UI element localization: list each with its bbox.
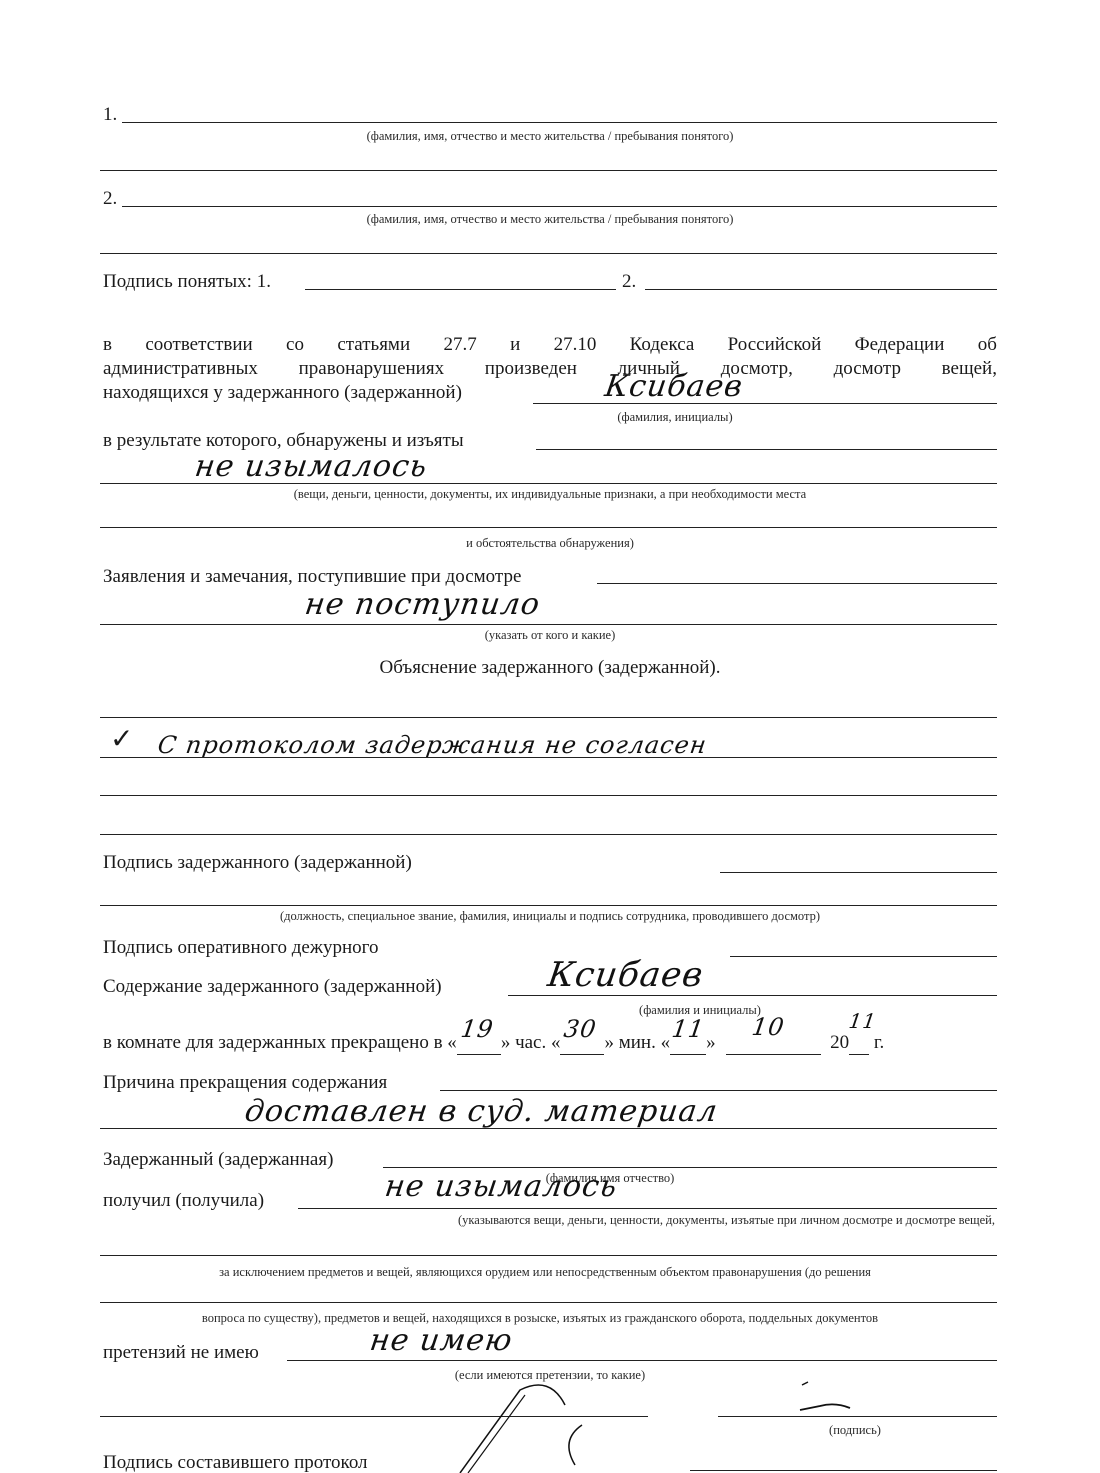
witness-signatures-2-label: 2. [622,271,636,293]
seized-field-line2[interactable] [100,483,997,484]
reason-label: Причина прекращения содержания [103,1072,387,1094]
statement-line-3: находящихся у задержанного (задержанной) [103,382,462,404]
hour-field[interactable]: 19 [457,1032,501,1055]
received-label: получил (получила) [103,1190,264,1212]
seized-caption-2: и обстоятельства обнаружения) [100,536,1000,550]
reason-field-line2[interactable] [100,1128,997,1129]
detainee-name-handwritten: Ксибаев [603,372,745,402]
witness-2-caption: (фамилия, имя, отчество и место жительст… [100,212,1000,226]
witness-2-field-line2[interactable] [100,253,997,254]
composer-signature-field[interactable] [690,1470,997,1471]
received-value-handwritten: не изымалось [383,1172,619,1202]
custody-name-field[interactable] [508,995,997,996]
explanation-line-2[interactable] [100,757,997,758]
year-handwritten: 11 [847,1006,879,1036]
custody-name-handwritten: Ксибаев [546,960,705,990]
remarks-caption: (указать от кого и какие) [100,628,1000,642]
release-detainee-label: Задержанный (задержанная) [103,1149,333,1171]
explanation-line-4[interactable] [100,834,997,835]
duty-officer-signature-field[interactable] [730,956,997,957]
detainee-name-caption: (фамилия, инициалы) [560,410,790,424]
witness-1-signature-field[interactable] [305,289,616,290]
reason-value-handwritten: доставлен в суд. материал [243,1097,720,1127]
witness-2-signature-field[interactable] [645,289,997,290]
custody-label: Содержание задержанного (задержанной) [103,976,442,998]
release-detainee-field[interactable] [383,1167,997,1168]
remarks-field[interactable] [597,583,997,584]
year-field[interactable]: 11 [849,1032,869,1055]
composer-signature-label: Подпись составившего протокол [103,1452,368,1473]
seized-field-line3[interactable] [100,527,997,528]
seized-field[interactable] [536,449,997,450]
explanation-heading: Объяснение задержанного (задержанной). [100,657,1000,679]
day-field[interactable]: 11 [670,1032,706,1055]
remarks-label: Заявления и замечания, поступившие при д… [103,566,521,588]
checkmark-icon: ✓ [110,722,133,755]
explanation-line-3[interactable] [100,795,997,796]
detainee-signature-field[interactable] [720,872,997,873]
remarks-value-handwritten: не поступило [303,590,542,620]
custody-ended-line: в комнате для задержанных прекращено в «… [103,1032,884,1055]
witness-1-number: 1. [103,104,117,126]
received-field-line2[interactable] [100,1255,997,1256]
hour-handwritten: 19 [459,1014,496,1044]
seized-value-handwritten: не изымалось [193,452,429,482]
received-field-line3[interactable] [100,1302,997,1303]
statement-line-1: в соответствии со статьями 27.7 и 27.10 … [103,334,997,356]
claims-label: претензий не имею [103,1342,259,1364]
witness-1-caption: (фамилия, имя, отчество и место жительст… [100,129,1000,143]
witness-1-field-line2[interactable] [100,170,997,171]
minute-field[interactable]: 30 [560,1032,604,1055]
claims-field[interactable] [287,1360,997,1361]
statement-line-2: административных правонарушениях произве… [103,358,997,380]
month-field[interactable]: 10 [726,1032,821,1055]
remarks-field-line2[interactable] [100,624,997,625]
officer-field[interactable] [100,905,997,906]
reason-field[interactable] [440,1090,997,1091]
officer-caption: (должность, специальное звание, фамилия,… [100,909,1000,923]
received-caption-1: (указываются вещи, деньги, ценности, док… [275,1213,995,1227]
received-field[interactable] [298,1208,997,1209]
minute-handwritten: 30 [562,1014,599,1044]
explanation-line-1[interactable] [100,717,997,718]
signature-scribble-icon [440,1380,1020,1473]
witness-1-field[interactable] [122,122,997,123]
received-caption-3: вопроса по существу), предметов и вещей,… [100,1311,980,1325]
received-caption-2: за исключением предметов и вещей, являющ… [100,1265,990,1279]
explanation-value-handwritten: С протоколом задержания не согласен [156,730,709,760]
day-handwritten: 11 [670,1014,707,1044]
claims-value-handwritten: не имею [368,1326,515,1356]
month-handwritten: 10 [750,1012,787,1042]
witness-2-number: 2. [103,188,117,210]
witness-2-field[interactable] [122,206,997,207]
detainee-signature-label: Подпись задержанного (задержанной) [103,852,412,874]
seized-caption-1: (вещи, деньги, ценности, документы, их и… [100,487,1000,501]
witness-signatures-label: Подпись понятых: 1. [103,271,271,293]
duty-officer-label: Подпись оперативного дежурного [103,937,378,959]
